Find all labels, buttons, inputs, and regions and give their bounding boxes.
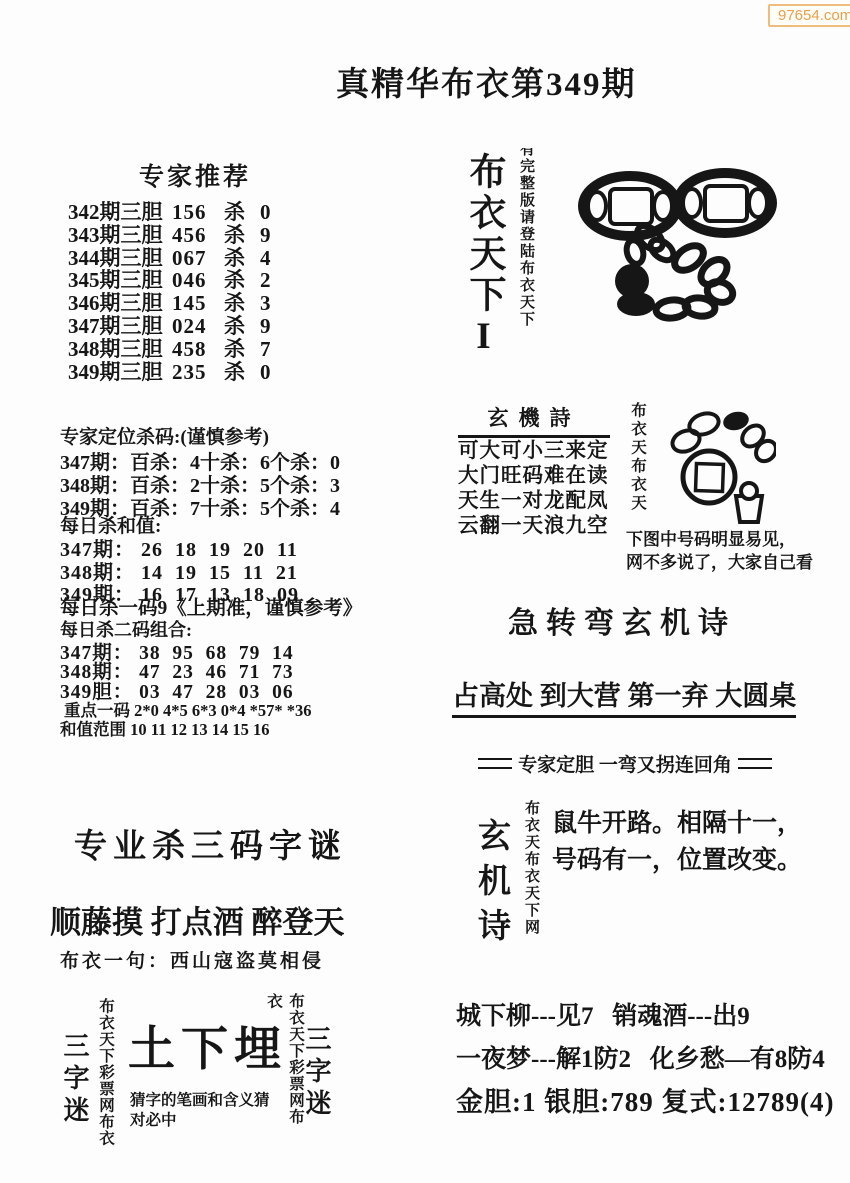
kill-cell: 0 [260,200,271,225]
poem-line: 大门旺码难在读 [458,458,609,483]
positioning-kill-header: 专家定位杀码:(谨慎参考) [60,422,269,449]
xuanji2-title-vertical: 玄机诗 [468,818,515,978]
dan-cell: 145 [172,291,224,316]
kill-three-title: 专业杀三码字谜 [74,820,347,867]
table-row: 349期三胆235杀0 [68,356,271,379]
sharp-turn-title: 急转弯玄机诗 [452,598,792,642]
xuanji2-line-2: 号码有一，位置改变。 [552,840,802,876]
chain-links-illustration [562,158,780,356]
positioning-row: 347期：百杀：4十杀：6个杀：0 [60,446,340,469]
three-char-hint-2: 对必中 [130,1108,177,1130]
daily-kill-row: 348期： 47 23 46 71 73 [60,656,294,675]
site-vertical-bottom: 布衣天布衣天下网 [521,800,542,970]
brand-note-text: 有完整版请登陆布衣天下 [516,148,537,328]
table-row: 343期三胆456杀9 [68,219,271,242]
daily-kill-row: 349胆： 03 47 28 03 06 [60,676,294,695]
dan-cell: 067 [172,246,224,271]
kill-cell: 9 [260,314,271,339]
dan-cell: 156 [172,200,224,225]
watermark-badge: 97654.com [768,4,850,27]
kill-three-riddle: 顺藤摸 打点酒 醉登天 [50,897,384,942]
kill-cell: 0 [260,360,271,385]
table-row: 345期三胆046杀2 [68,264,271,287]
sharp-turn-line: 占高处 到大营 第一弃 大圆桌 [452,674,796,718]
double-rule-left [478,758,512,769]
table-row: 342期三胆156杀0 [68,196,271,219]
dan-cell: 456 [172,223,224,248]
brand-note-vertical: 有完整版请登陆布衣天下 [516,148,537,358]
dan-cell: 458 [172,337,224,362]
sum-range-line: 和值范围 10 11 12 13 14 15 16 [60,716,269,740]
period-cell: 349期三胆 [68,356,172,386]
three-char-hint-1: 猜字的笔画和含义猜 [130,1088,270,1110]
daily-sum-row: 348期： 14 19 15 11 21 [60,556,299,579]
dan-cell: 235 [172,360,224,385]
three-char-label-right: 三字迷 [298,1025,335,1140]
coin-chain-drawing-top [562,158,780,361]
expert-recommend-title: 专家推荐 [139,157,251,193]
table-row: 344期三胆067杀4 [68,242,271,265]
daily-kill-rows: 347期： 38 95 68 79 14 348期： 47 23 46 71 7… [60,637,294,695]
brand-name-vertical: 布衣天下I [456,152,510,372]
coin-cup-illustration [652,404,776,534]
poem-line: 云翻一天浪九空 [458,508,609,533]
table-row: 346期三胆145杀3 [68,287,271,310]
daily-sum-rows: 347期： 26 18 19 20 11 348期： 14 19 15 11 2… [60,533,299,601]
result-line-1: 城下柳---见7 销魂酒---出9 [456,996,750,1032]
daily-sum-row: 347期： 26 18 19 20 11 [60,533,299,556]
xuanji-note-1: 下图中号码明显易见， [626,525,796,548]
three-char-label-left: 三字迷 [56,1032,93,1147]
expert-recommend-table: 342期三胆156杀0 343期三胆456杀9 344期三胆067杀4 345期… [68,196,271,378]
table-row: 348期三胆458杀7 [68,333,271,356]
result-line-3: 金胆:1 银胆:789 复式:12789(4) [456,1080,834,1119]
dan-cell: 046 [172,268,224,293]
table-row: 347期三胆024杀9 [68,310,271,333]
site-vertical-mid: 布衣天布衣天 [626,402,648,542]
expert-dingdan-line: 专家定胆 一弯又拐连回角 [452,750,798,777]
xuanji-note-2: 网不多说了，大家自己看 [626,548,813,571]
positioning-row: 348期：百杀：2十杀：5个杀：3 [60,469,340,492]
xuanji-poem-lines: 可大可小三来定 大门旺码难在读 天生一对龙配凤 云翻一天浪九空 [458,433,609,533]
poem-line: 可大可小三来定 [458,433,609,458]
lottery-tip-sheet: 97654.com 真精华布衣第349期 专家推荐 342期三胆156杀0 34… [0,0,850,1183]
dan-cell: 024 [172,314,224,339]
coin-cup-drawing [652,404,776,539]
page-title: 真精华布衣第349期 [336,58,637,105]
kill-cell: 9 [260,223,271,248]
xuanji2-line-1: 鼠牛开路。相隔十一， [552,803,802,839]
result-line-2: 一夜梦---解1防2 化乡愁—有8防4 [456,1039,825,1075]
daily-kill-row: 347期： 38 95 68 79 14 [60,637,294,656]
positioning-kill-rows: 347期：百杀：4十杀：6个杀：0 348期：百杀：2十杀：5个杀：3 349期… [60,446,340,515]
poem-line: 天生一对龙配凤 [458,483,609,508]
dingdan-text: 专家定胆 一弯又拐连回角 [518,750,732,777]
kill-cell: 3 [260,291,271,316]
kill-cell: 2 [260,268,271,293]
kill-label: 杀 [224,356,260,386]
kill-cell: 7 [260,337,271,362]
double-rule-right [738,758,772,769]
buyi-sentence: 布衣一句：西山寇盗莫相侵 [60,946,324,973]
site-strip-left: 布衣天下彩票网布衣 [94,998,116,1153]
kill-cell: 4 [260,246,271,271]
